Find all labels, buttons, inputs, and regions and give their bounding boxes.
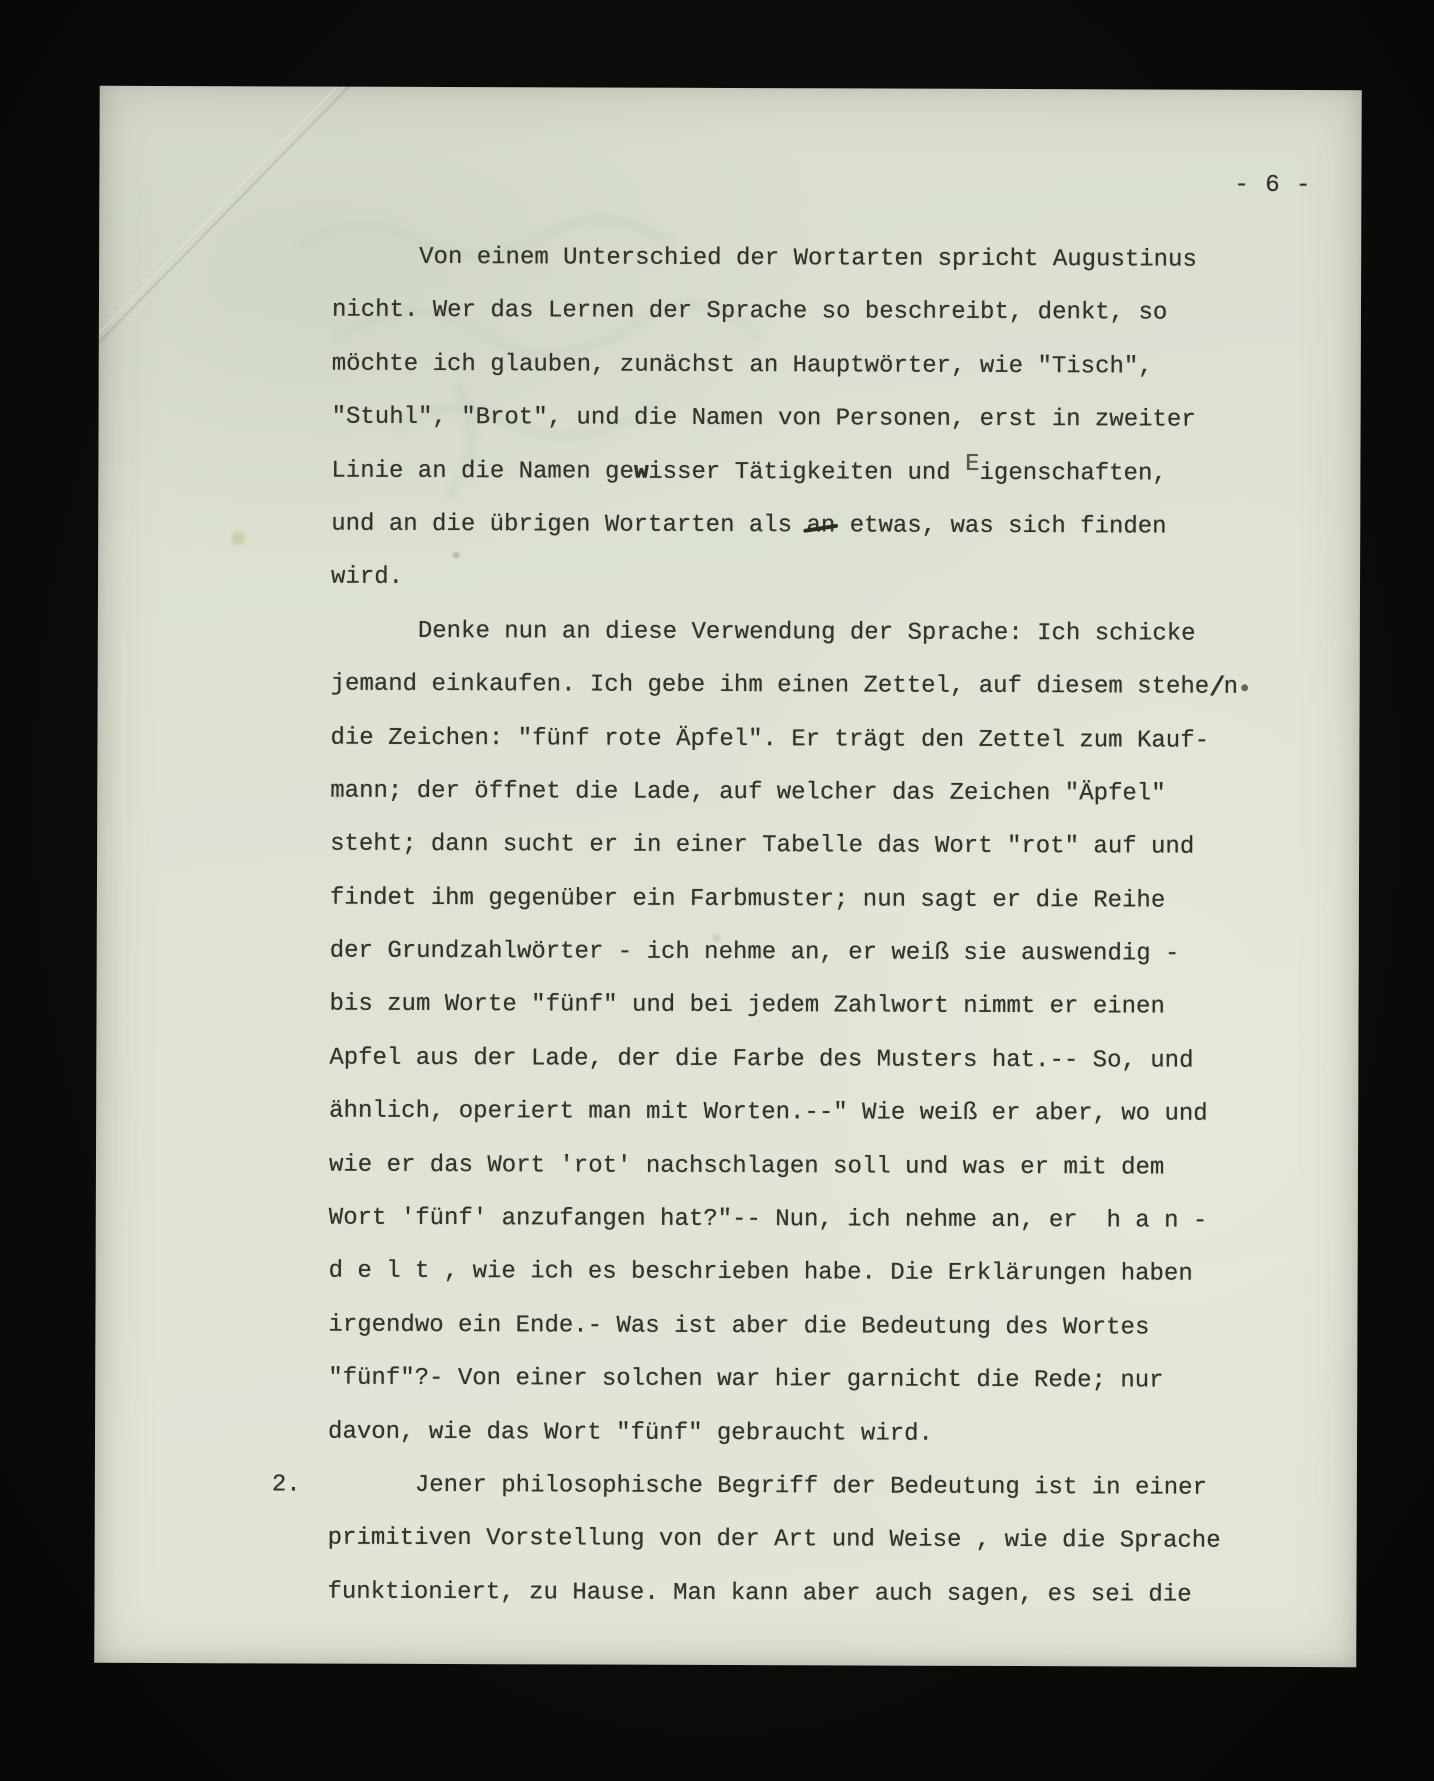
typescript-line: Von einem Unterschied der Wortarten spri…: [332, 231, 1252, 288]
typescript-line: Apfel aus der Lade, der die Farbe des Mu…: [329, 1031, 1249, 1088]
text-run: mann; der öffnet die Lade, auf welcher d…: [330, 778, 1165, 808]
paper-sheet: - 6 - Von einem Unterschied der Wortarte…: [94, 86, 1361, 1667]
section-number: 2.: [272, 1458, 301, 1512]
text-run: bis zum Worte "fünf" und bei jedem Zahlw…: [330, 991, 1165, 1021]
text-run: Linie an die Namen ge: [331, 457, 634, 485]
typescript-line: funktioniert, zu Hause. Man kann aber au…: [327, 1565, 1247, 1622]
text-run: d e l t , wie ich es beschrieben habe. D…: [329, 1258, 1193, 1288]
typescript-line: wird.: [331, 551, 1251, 608]
text-run: n: [1224, 674, 1239, 701]
text-run: "fünf"?- Von einer solchen war hier garn…: [328, 1365, 1163, 1395]
text-run: die Zeichen: "fünf rote Äpfel". Er trägt…: [330, 724, 1209, 754]
text-run: der Grundzahlwörter - ich nehme an, er w…: [330, 938, 1180, 968]
text-run: Jener philosophische Begriff der Bedeutu…: [415, 1472, 1207, 1502]
text-run: funktioniert, zu Hause. Man kann aber au…: [327, 1578, 1191, 1608]
typescript-line: und an die übrigen Wortarten als an etwa…: [331, 498, 1251, 555]
struck-text: an: [806, 512, 835, 539]
text-run: etwas, was sich finden: [835, 512, 1166, 540]
typescript-line: "fünf"?- Von einer solchen war hier garn…: [328, 1352, 1248, 1409]
typescript-body: Von einem Unterschied der Wortarten spri…: [327, 231, 1252, 1622]
overstruck-text: w: [634, 458, 649, 485]
text-run: wie er das Wort 'rot' nachschlagen soll …: [329, 1151, 1164, 1181]
fold-crease-line: [94, 86, 355, 349]
typescript-line: nicht. Wer das Lernen der Sprache so bes…: [332, 284, 1252, 341]
typescript-line: irgendwo ein Ende.- Was ist aber die Bed…: [328, 1298, 1248, 1355]
typescript-line: findet ihm gegenüber ein Farbmuster; nun…: [330, 871, 1250, 928]
text-run: wird.: [331, 564, 403, 591]
typescript-line: wie er das Wort 'rot' nachschlagen soll …: [329, 1138, 1249, 1195]
text-run: Von einem Unterschied der Wortarten spri…: [419, 244, 1197, 274]
text-run: igenschaften,: [979, 459, 1166, 487]
typescript-line: Linie an die Namen gewisser Tätigkeiten …: [331, 444, 1251, 501]
typescript-line: die Zeichen: "fünf rote Äpfel". Er trägt…: [330, 711, 1250, 768]
typescript-line: davon, wie das Wort "fünf" gebraucht wir…: [328, 1405, 1248, 1462]
text-run: primitiven Vorstellung von der Art und W…: [328, 1525, 1221, 1555]
insert-mark-text: /: [1207, 657, 1226, 722]
text-run: findet ihm gegenüber ein Farbmuster; nun…: [330, 884, 1165, 914]
typescript-line: 2.Jener philosophische Begriff der Bedeu…: [328, 1459, 1248, 1516]
text-run: Wort 'fünf' anzufangen hat?"-- Nun, ich …: [329, 1205, 1208, 1235]
typescript-line: "Stuhl", "Brot", und die Namen von Perso…: [332, 391, 1252, 448]
text-run: davon, wie das Wort "fünf" gebraucht wir…: [328, 1418, 933, 1447]
text-run: und an die übrigen Wortarten als: [331, 511, 806, 540]
text-run: irgendwo ein Ende.- Was ist aber die Bed…: [328, 1311, 1149, 1341]
text-run: nicht. Wer das Lernen der Sprache so bes…: [332, 297, 1167, 327]
typescript-line: Denke nun an diese Verwendung der Sprach…: [331, 604, 1251, 661]
typescript-line: bis zum Worte "fünf" und bei jedem Zahlw…: [329, 978, 1249, 1035]
page-number: - 6 -: [1234, 172, 1311, 199]
text-run: möchte ich glauben, zunächst an Hauptwör…: [332, 350, 1153, 380]
text-run: jemand einkaufen. Ich gebe ihm einen Zet…: [331, 671, 1210, 701]
photo-background: - 6 - Von einem Unterschied der Wortarte…: [0, 0, 1434, 1781]
text-run: Apfel aus der Lade, der die Farbe des Mu…: [329, 1044, 1193, 1074]
text-run: isser Tätigkeiten und: [648, 458, 965, 486]
raised-text: E: [965, 437, 980, 490]
typescript-line: primitiven Vorstellung von der Art und W…: [328, 1512, 1248, 1569]
text-run: "Stuhl", "Brot", und die Namen von Perso…: [332, 404, 1196, 434]
typescript-line: ähnlich, operiert man mit Worten.--" Wie…: [329, 1085, 1249, 1142]
typescript-line: möchte ich glauben, zunächst an Hauptwör…: [332, 337, 1252, 394]
typescript-line: d e l t , wie ich es beschrieben habe. D…: [329, 1245, 1249, 1302]
typescript-line: mann; der öffnet die Lade, auf welcher d…: [330, 765, 1250, 822]
typescript-line: jemand einkaufen. Ich gebe ihm einen Zet…: [331, 658, 1251, 715]
text-run: steht; dann sucht er in einer Tabelle da…: [330, 831, 1194, 861]
typescript-line: steht; dann sucht er in einer Tabelle da…: [330, 818, 1250, 875]
text-run: ähnlich, operiert man mit Worten.--" Wie…: [329, 1098, 1208, 1128]
text-run: Denke nun an diese Verwendung der Sprach…: [418, 618, 1196, 648]
typescript-line: Wort 'fünf' anzufangen hat?"-- Nun, ich …: [329, 1192, 1249, 1249]
typescript-line: der Grundzahlwörter - ich nehme an, er w…: [330, 925, 1250, 982]
